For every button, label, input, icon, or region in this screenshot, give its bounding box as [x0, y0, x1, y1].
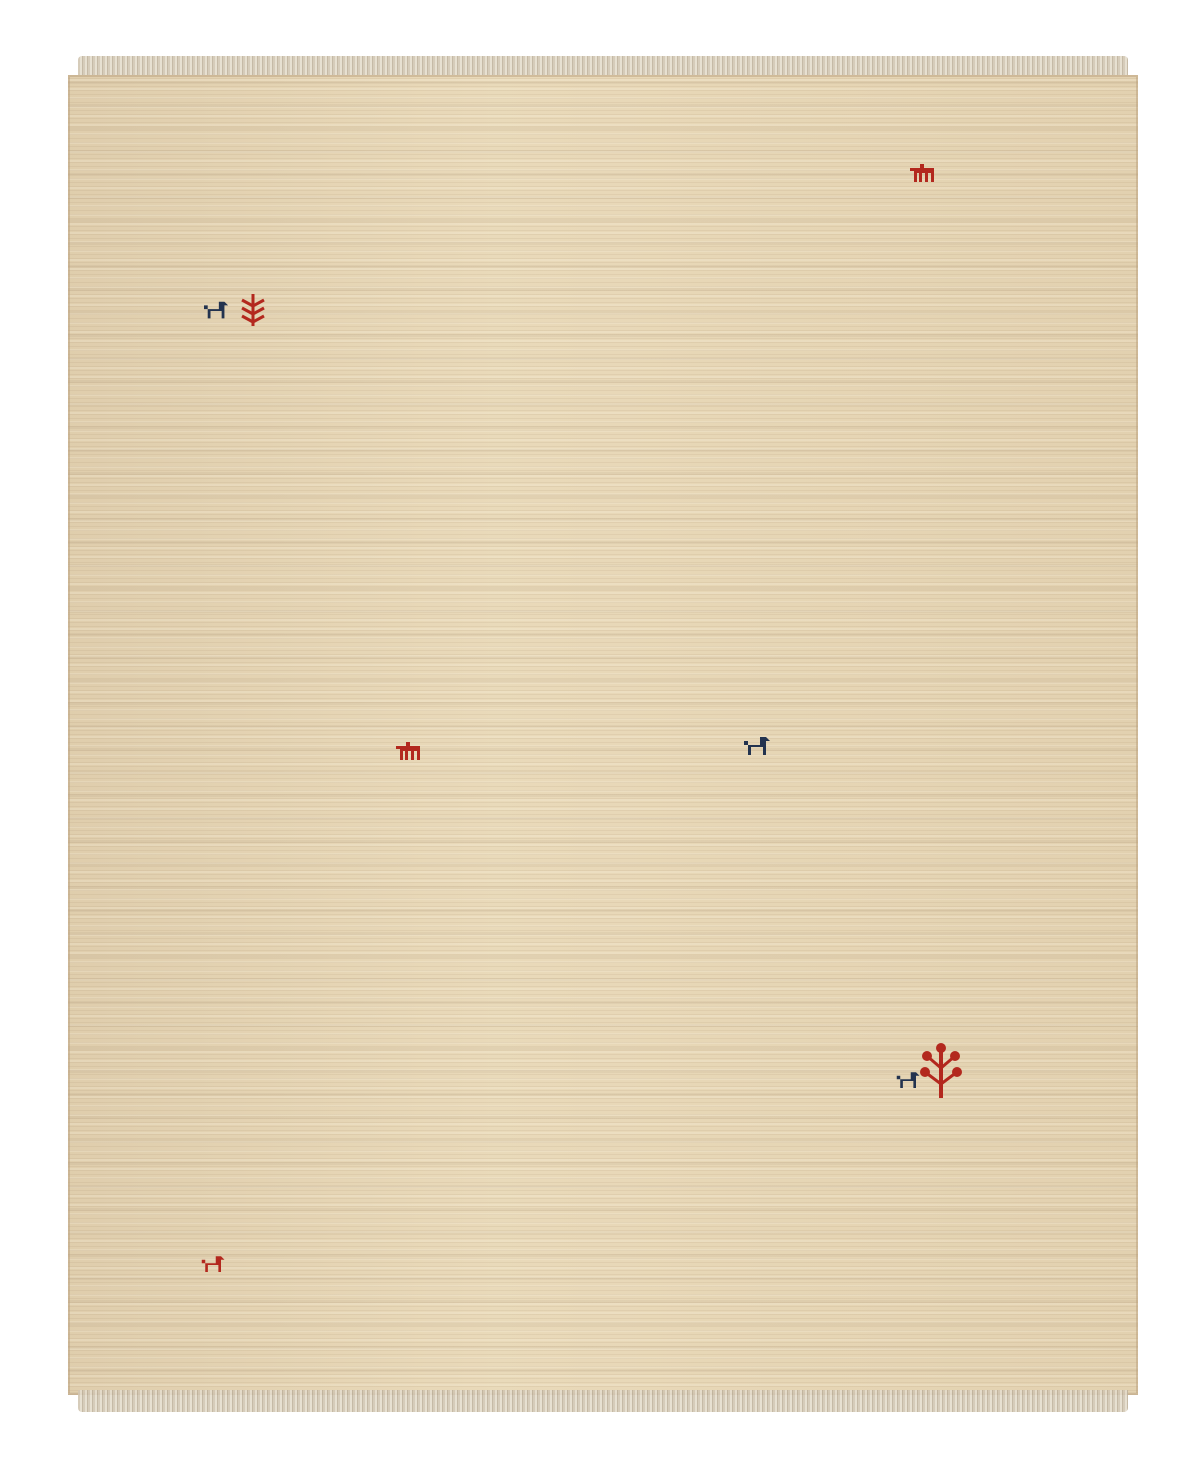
animal-motif-red — [908, 160, 940, 188]
tree-motif-red — [238, 292, 268, 328]
animal-motif-red — [200, 1252, 228, 1278]
animal-motif-navy — [742, 733, 774, 761]
animal-motif-red — [393, 738, 427, 766]
tree-motif-red — [918, 1042, 964, 1098]
animal-motif-navy — [202, 298, 232, 324]
rug-body — [68, 75, 1138, 1395]
bottom-fringe — [78, 1390, 1128, 1412]
